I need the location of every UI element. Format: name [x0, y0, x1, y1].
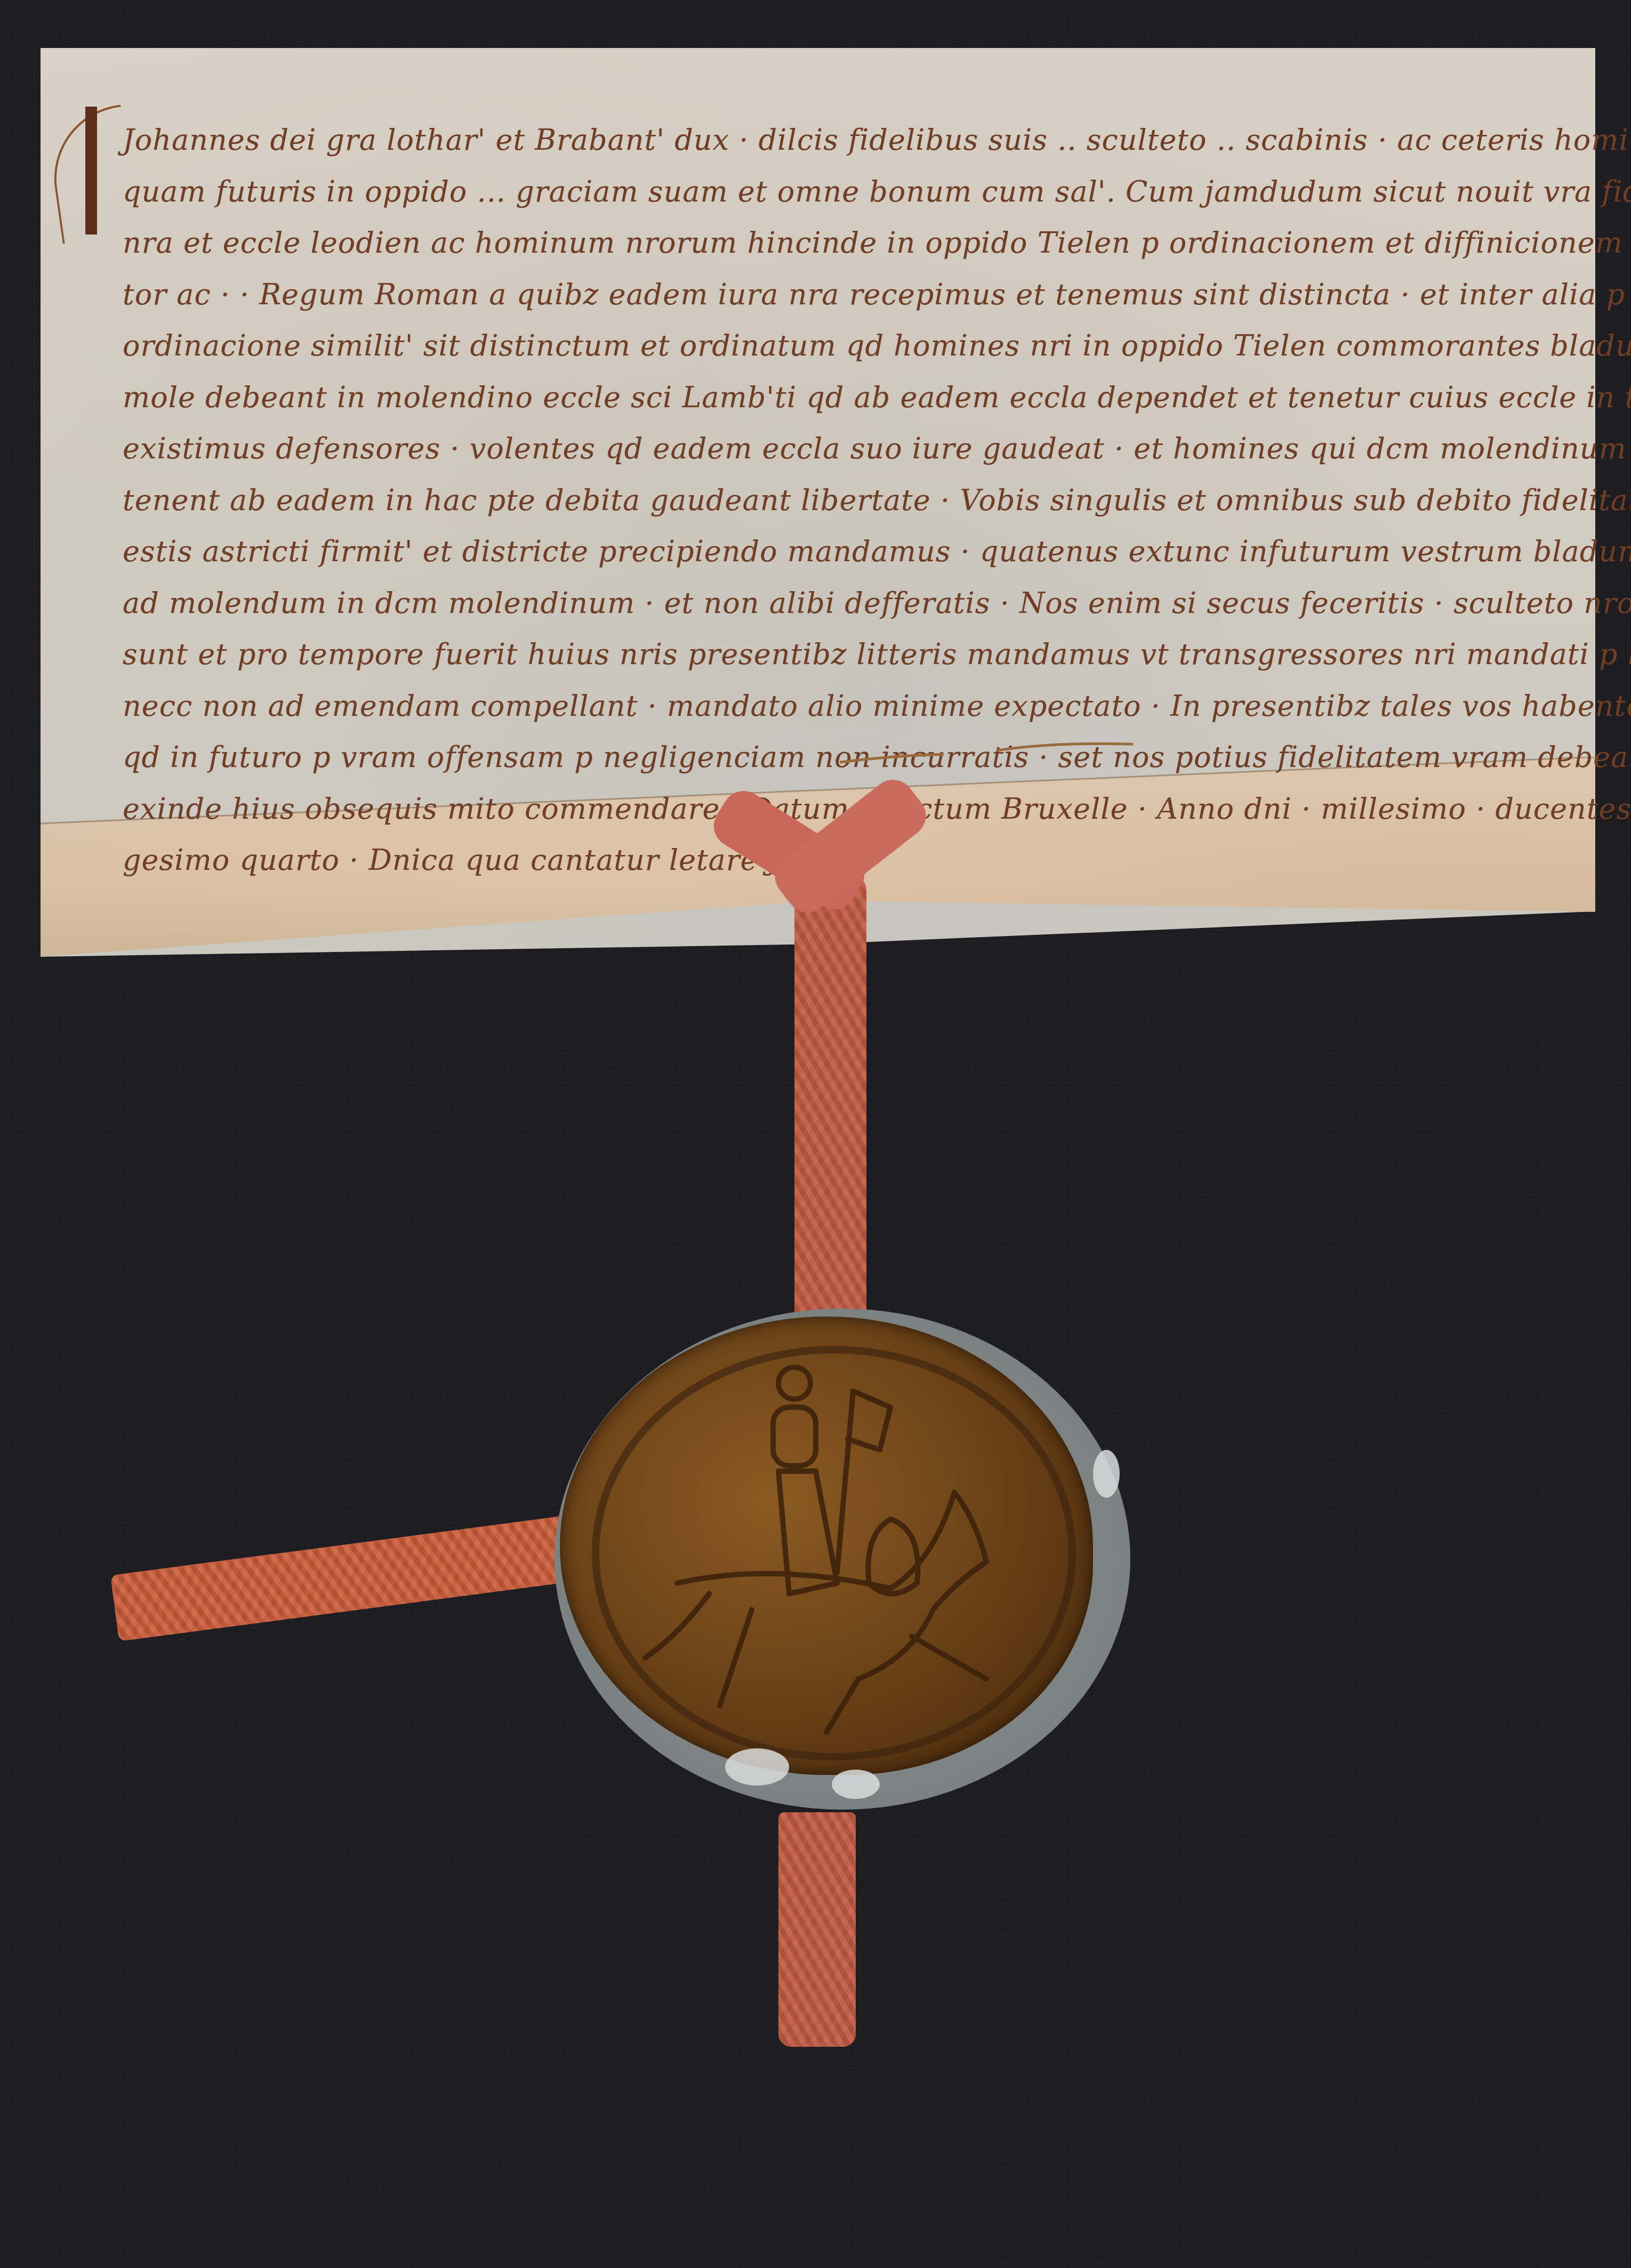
text-line: tor ac · · Regum Roman a quibz eadem iur… — [123, 269, 1589, 321]
text-line: mole debeant in molendino eccle sci Lamb… — [123, 372, 1589, 424]
text-line: existimus defensores · volentes qd eadem… — [123, 423, 1589, 475]
text-line: necc non ad emendam compellant · mandato… — [123, 681, 1589, 732]
equestrian-knight-icon — [613, 1359, 1050, 1764]
text-line: sunt et pro tempore fuerit huius nris pr… — [123, 629, 1589, 681]
seal-cord-left-end — [110, 1515, 574, 1641]
text-line: Johannes dei gra lothar' et Brabant' dux… — [123, 115, 1589, 166]
text-line: quam futuris in oppido ... graciam suam … — [123, 166, 1589, 218]
text-line: ordinacione similit' sit distinctum et o… — [123, 320, 1589, 372]
text-line: nra et eccle leodien ac hominum nrorum h… — [123, 217, 1589, 269]
text-line: ad molendum in dcm molendinum · et non a… — [123, 578, 1589, 629]
decorated-initial-j — [85, 107, 118, 235]
seal-damage — [832, 1770, 880, 1799]
seal-cord-lower-end — [778, 1812, 856, 2047]
seal-cord-upper — [794, 874, 866, 1343]
seal-damage — [1093, 1450, 1120, 1498]
closing-flourish-lines — [837, 736, 1136, 778]
seal-damage — [725, 1748, 789, 1786]
text-line: tenent ab eadem in hac pte debita gaudea… — [123, 475, 1589, 527]
text-line: estis astricti firmit' et districte prec… — [123, 526, 1589, 578]
